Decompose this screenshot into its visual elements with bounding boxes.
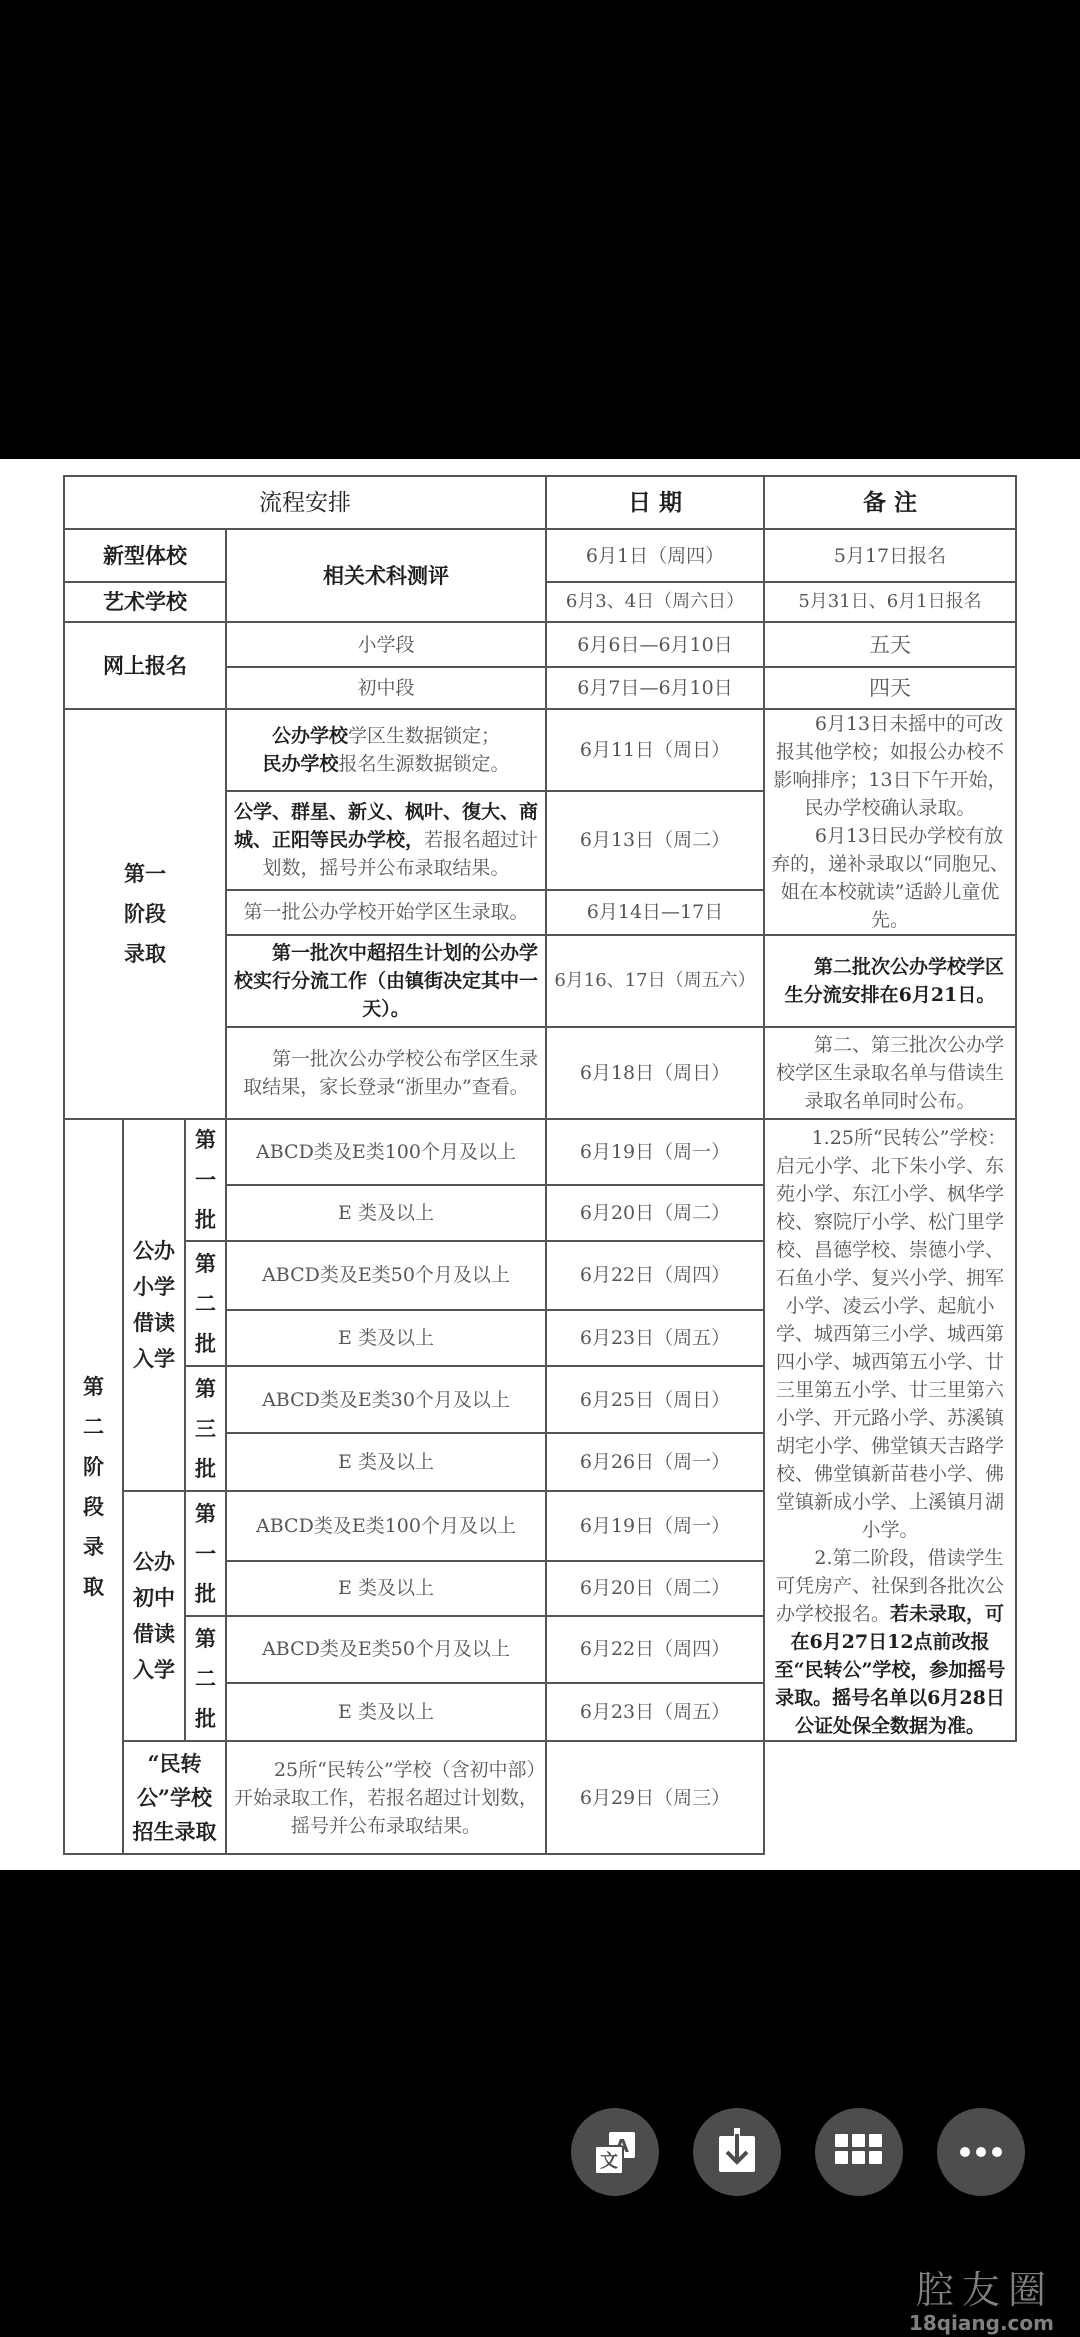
row-date: 6月13日（周二） bbox=[546, 791, 764, 889]
row-date: 6月26日（周一） bbox=[546, 1433, 764, 1491]
more-icon bbox=[959, 2146, 1003, 2158]
row-date: 6月19日（周一） bbox=[546, 1491, 764, 1561]
more-options-button[interactable] bbox=[937, 2108, 1025, 2196]
batch-label: 第二批 bbox=[185, 1616, 226, 1741]
document-image: 流程安排 日 期 备 注 新型体校 相关术科测评 6月1日（周四） 5月17日报… bbox=[0, 459, 1080, 1870]
stage1-label: 第一阶段录取 bbox=[64, 709, 226, 1119]
row-note: 5月31日、6月1日报名 bbox=[764, 582, 1016, 622]
header-notes: 备 注 bbox=[764, 476, 1016, 529]
row-date: 6月23日（周五） bbox=[546, 1683, 764, 1741]
batch-label: 第三批 bbox=[185, 1366, 226, 1491]
row-item: ABCD类及E类100个月及以上 bbox=[226, 1491, 546, 1561]
row-date: 6月11日（周日） bbox=[546, 709, 764, 791]
stage2-note: 1.25所“民转公”学校：启元小学、北下朱小学、东苑小学、东江小学、枫华学校、察… bbox=[764, 1119, 1016, 1741]
row-date: 6月7日—6月10日 bbox=[546, 667, 764, 709]
header-date: 日 期 bbox=[546, 476, 764, 529]
row-date: 6月22日（周四） bbox=[546, 1241, 764, 1310]
row-item: E 类及以上 bbox=[226, 1433, 546, 1491]
table-row: “民转公”学校招生录取 25所“民转公”学校（含初中部）开始录取工作，若报名超过… bbox=[64, 1741, 1016, 1854]
row-item: 小学段 bbox=[226, 622, 546, 667]
row-date: 6月20日（周二） bbox=[546, 1185, 764, 1241]
stage1-note-c: 第二、第三批次公办学校学区生录取名单与借读生录取名单同时公布。 bbox=[764, 1027, 1016, 1119]
row-item: 相关术科测评 bbox=[226, 529, 546, 622]
batch-label: 第一批 bbox=[185, 1491, 226, 1616]
row-item: 初中段 bbox=[226, 667, 546, 709]
row-note: 5月17日报名 bbox=[764, 529, 1016, 582]
row-date: 6月23日（周五） bbox=[546, 1310, 764, 1366]
download-icon bbox=[713, 2126, 761, 2178]
row-item: ABCD类及E类30个月及以上 bbox=[226, 1366, 546, 1433]
middle-label: 公办初中借读入学 bbox=[123, 1491, 185, 1741]
row-item: E 类及以上 bbox=[226, 1185, 546, 1241]
row-date: 6月3、4日（周六日） bbox=[546, 582, 764, 622]
watermark-cn: 腔友圈 bbox=[909, 2268, 1054, 2312]
batch-label: 第二批 bbox=[185, 1241, 226, 1366]
row-item: E 类及以上 bbox=[226, 1561, 546, 1616]
grid-icon bbox=[835, 2134, 883, 2170]
grid-view-button[interactable] bbox=[815, 2108, 903, 2196]
translate-icon: A 文 bbox=[589, 2126, 641, 2178]
batch-label: 第一批 bbox=[185, 1119, 226, 1241]
watermark-en: 18qiang.com bbox=[909, 2312, 1054, 2334]
row-date: 6月16、17日（周五六） bbox=[546, 935, 764, 1027]
row-note: 四天 bbox=[764, 667, 1016, 709]
translate-button[interactable]: A 文 bbox=[571, 2108, 659, 2196]
row-date: 6月19日（周一） bbox=[546, 1119, 764, 1185]
row-item: 第一批次中超招生计划的公办学校实行分流工作（由镇街决定其中一天）。 bbox=[226, 935, 546, 1027]
table-row: 第一阶段录取 公办学校学区生数据锁定； 民办学校报名生源数据锁定。 6月11日（… bbox=[64, 709, 1016, 791]
row-date: 6月20日（周二） bbox=[546, 1561, 764, 1616]
row-item: 第一批次公办学校公布学区生录取结果，家长登录“浙里办”查看。 bbox=[226, 1027, 546, 1119]
stage1-note-b: 第二批次公办学校学区生分流安排在6月21日。 bbox=[764, 935, 1016, 1027]
row-item: ABCD类及E类50个月及以上 bbox=[226, 1616, 546, 1683]
online-label: 网上报名 bbox=[64, 622, 226, 709]
stage2-label: 第二阶段录取 bbox=[64, 1119, 123, 1854]
row-item: ABCD类及E类50个月及以上 bbox=[226, 1241, 546, 1310]
row-item: 公办学校学区生数据锁定； 民办学校报名生源数据锁定。 bbox=[226, 709, 546, 791]
enrollment-schedule-table: 流程安排 日 期 备 注 新型体校 相关术科测评 6月1日（周四） 5月17日报… bbox=[63, 475, 1017, 1855]
row-item: E 类及以上 bbox=[226, 1310, 546, 1366]
header-process: 流程安排 bbox=[64, 476, 546, 529]
table-row: 网上报名 小学段 6月6日—6月10日 五天 bbox=[64, 622, 1016, 667]
image-viewer-toolbar: A 文 bbox=[571, 2108, 1025, 2198]
table-row: 第二阶段录取 公办小学借读入学 第一批 ABCD类及E类100个月及以上 6月1… bbox=[64, 1119, 1016, 1185]
row-item: 公学、群星、新义、枫叶、復大、商城、正阳等民办学校，若报名超过计划数，摇号并公布… bbox=[226, 791, 546, 889]
table-row: 新型体校 相关术科测评 6月1日（周四） 5月17日报名 bbox=[64, 529, 1016, 582]
row-date: 6月14日—17日 bbox=[546, 890, 764, 935]
svg-text:文: 文 bbox=[600, 2150, 618, 2172]
row-item: 25所“民转公”学校（含初中部）开始录取工作，若报名超过计划数，摇号并公布录取结… bbox=[226, 1741, 546, 1854]
row-date: 6月29日（周三） bbox=[546, 1741, 764, 1854]
row-date: 6月22日（周四） bbox=[546, 1616, 764, 1683]
row-label: 艺术学校 bbox=[64, 582, 226, 622]
primary-label: 公办小学借读入学 bbox=[123, 1119, 185, 1491]
row-note: 五天 bbox=[764, 622, 1016, 667]
stage1-note-a: 6月13日未摇中的可改报其他学校；如报公办校不影响排序；13日下午开始，民办学校… bbox=[764, 709, 1016, 935]
save-image-button[interactable] bbox=[693, 2108, 781, 2196]
row-date: 6月6日—6月10日 bbox=[546, 622, 764, 667]
header-row: 流程安排 日 期 备 注 bbox=[64, 476, 1016, 529]
row-date: 6月18日（周日） bbox=[546, 1027, 764, 1119]
row-label: 新型体校 bbox=[64, 529, 226, 582]
site-watermark: 腔友圈 18qiang.com bbox=[909, 2268, 1054, 2334]
row-date: 6月25日（周日） bbox=[546, 1366, 764, 1433]
row-item: ABCD类及E类100个月及以上 bbox=[226, 1119, 546, 1185]
row-item: 第一批公办学校开始学区生录取。 bbox=[226, 890, 546, 935]
row-date: 6月1日（周四） bbox=[546, 529, 764, 582]
minzhuangong-label: “民转公”学校招生录取 bbox=[123, 1741, 226, 1854]
row-item: E 类及以上 bbox=[226, 1683, 546, 1741]
